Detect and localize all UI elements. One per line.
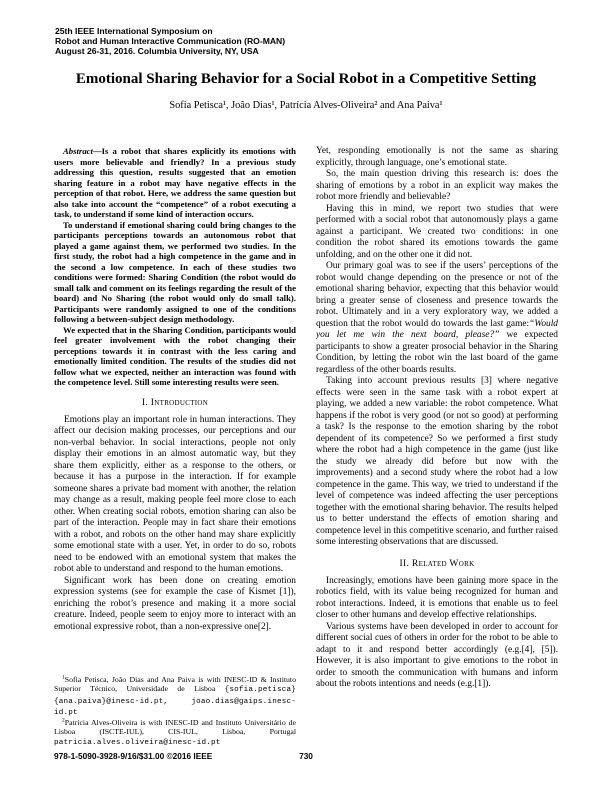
introduction-paragraph-1: Emotions play an important role in human… [54, 415, 296, 576]
introduction-paragraph-5: Our primary goal was to see if the users… [316, 261, 558, 376]
introduction-paragraph-5-text-a: Our primary goal was to see if the users… [316, 261, 558, 329]
abstract: Abstract—Is a robot that shares explicit… [54, 146, 296, 388]
abstract-paragraph-3: We expected that in the Sharing Conditio… [54, 325, 296, 388]
related-work-paragraph-1: Increasingly, emotions have been gaining… [316, 576, 558, 622]
abstract-paragraph-2: To understand if emotional sharing could… [54, 220, 296, 325]
introduction-paragraph-3: So, the main question driving this resea… [316, 169, 558, 204]
two-column-body: Abstract—Is a robot that shares explicit… [54, 146, 558, 748]
introduction-paragraph-2: Significant work has been done on creati… [54, 576, 296, 634]
abstract-label: Abstract [63, 146, 93, 156]
introduction-left-column-text: Emotions play an important role in human… [54, 415, 296, 634]
author-list: Sofia Petisca¹, João Dias¹, Patrícia Alv… [40, 100, 572, 111]
paper-title: Emotional Sharing Behavior for a Social … [40, 70, 572, 88]
footnote-1: 1Sofia Petisca, João Dias and Ana Paiva … [54, 675, 296, 718]
section-heading-related-work: II. Related Work [316, 558, 558, 569]
conference-line-3: August 26-31, 2016. Columbia University,… [55, 47, 285, 57]
footnotes: 1Sofia Petisca, João Dias and Ana Paiva … [54, 675, 296, 748]
abstract-paragraph-1: Abstract—Is a robot that shares explicit… [54, 146, 296, 220]
related-work-paragraph-2: Various systems have been developed in o… [316, 622, 558, 691]
introduction-right-column-text: Yet, responding emotionally is not the s… [316, 146, 558, 549]
page-number: 730 [54, 751, 558, 761]
conference-header: 25th IEEE International Symposium on Rob… [55, 27, 285, 56]
right-column: Yet, responding emotionally is not the s… [316, 146, 558, 748]
section-heading-introduction: I. Introduction [54, 397, 296, 408]
related-work-text: Increasingly, emotions have been gaining… [316, 576, 558, 691]
abstract-paragraph-1-text: —Is a robot that shares explicitly its e… [54, 146, 296, 219]
paper-page: 25th IEEE International Symposium on Rob… [0, 0, 612, 792]
footnote-2-text: Patrícia Alves-Oliveira is with INESC-ID… [54, 718, 296, 736]
introduction-paragraph-6: Taking into account previous results [3]… [316, 376, 558, 549]
footnote-2-email: patricia.alves.oliveira@inesc-id.pt [54, 739, 221, 747]
footnote-2: 2Patrícia Alves-Oliveira is with INESC-I… [54, 718, 296, 748]
left-column: Abstract—Is a robot that shares explicit… [54, 146, 296, 748]
introduction-paragraph-2-continuation: Yet, responding emotionally is not the s… [316, 146, 558, 169]
introduction-paragraph-4: Having this in mind, we report two studi… [316, 204, 558, 262]
